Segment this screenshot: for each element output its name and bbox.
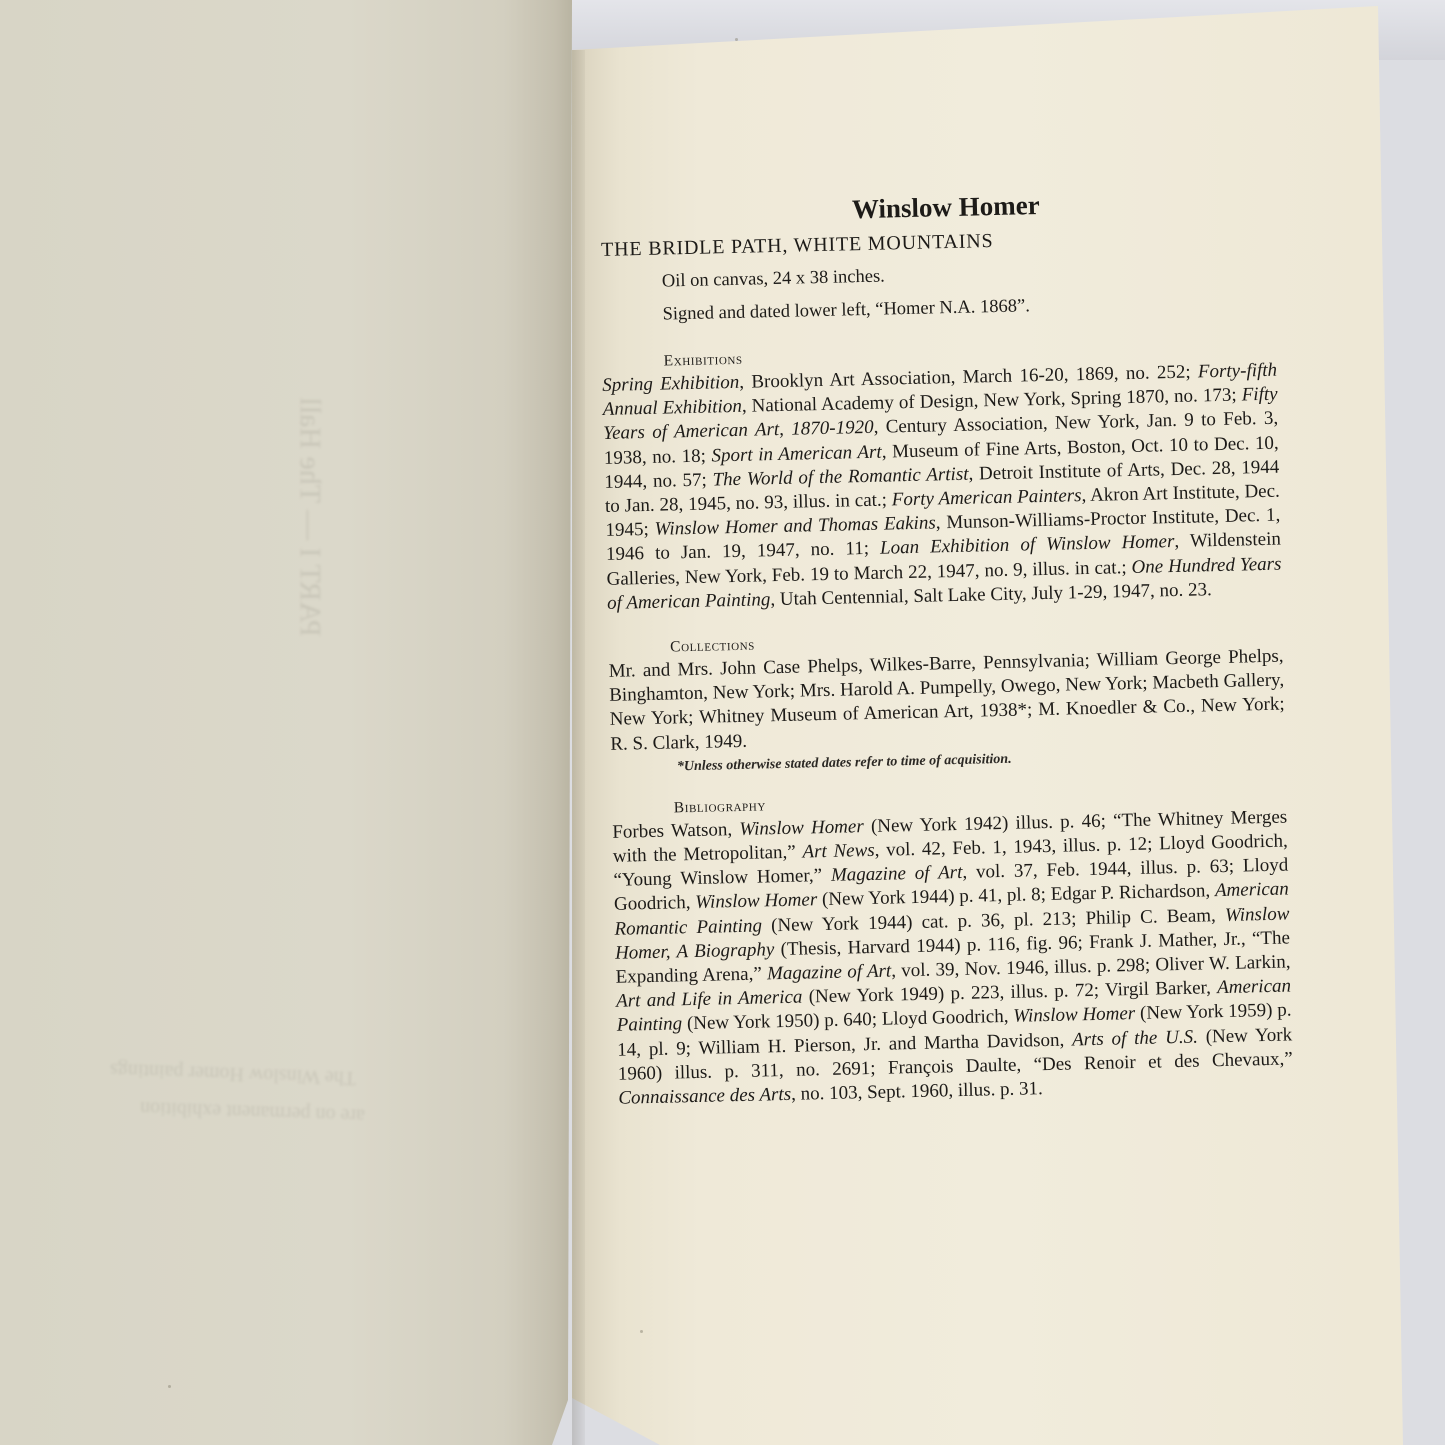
exhibition-title: Sport in American Art	[711, 441, 882, 466]
bib-publication-title: Art News	[802, 840, 875, 863]
catalog-entry: Winslow Homer THE BRIDLE PATH, WHITE MOU…	[598, 185, 1294, 1111]
exhibition-title: Winslow Homer and Thomas Eakins	[654, 513, 936, 540]
exhibition-title: Spring Exhibition	[602, 372, 740, 396]
bleed-through-note-2: are on permanent exhibition	[140, 1096, 366, 1127]
left-page: PART I — The Hall The Winslow Homer pain…	[0, 0, 572, 1445]
exhibitions-text: Spring Exhibition, Brooklyn Art Associat…	[602, 359, 1282, 616]
paper-speck	[735, 38, 738, 41]
exhibition-title: Forty American Painters	[892, 485, 1082, 510]
paper-speck	[640, 1330, 643, 1333]
paper-speck	[168, 1385, 171, 1388]
bib-publication-title: Art and Life in America	[616, 987, 803, 1012]
bib-publication-title: Magazine of Art	[831, 862, 963, 886]
exhibition-title: Loan Exhibition of Winslow Homer	[880, 531, 1175, 559]
bib-text: , no. 103, Sept. 1960, illus. p. 31.	[791, 1078, 1043, 1105]
bleed-through-part-label: PART I — The Hall	[293, 397, 327, 636]
collections-text: Mr. and Mrs. John Case Phelps, Wilkes-Ba…	[608, 645, 1285, 757]
bib-publication-title: Winslow Homer	[1013, 1003, 1135, 1027]
bleed-through-note-1: The Winslow Homer paintings	[110, 1058, 357, 1090]
bib-publication-title: Connaissance des Arts	[618, 1084, 791, 1109]
bib-text: Forbes Watson,	[612, 819, 740, 843]
bib-text: (New York 1950) p. 640; Lloyd Goodrich,	[682, 1006, 1014, 1035]
bib-publication-title: Winslow Homer	[695, 890, 817, 914]
exhibition-title: The World of the Romantic Artist	[712, 463, 968, 490]
bib-publication-title: Arts of the U.S.	[1072, 1026, 1198, 1050]
bib-publication-title: Winslow Homer	[739, 816, 864, 840]
bib-publication-title: Magazine of Art	[767, 961, 892, 985]
bibliography-text: Forbes Watson, Winslow Homer (New York 1…	[612, 805, 1293, 1111]
artwork-signature: Signed and dated lower left, “Homer N.A.…	[662, 288, 1275, 329]
